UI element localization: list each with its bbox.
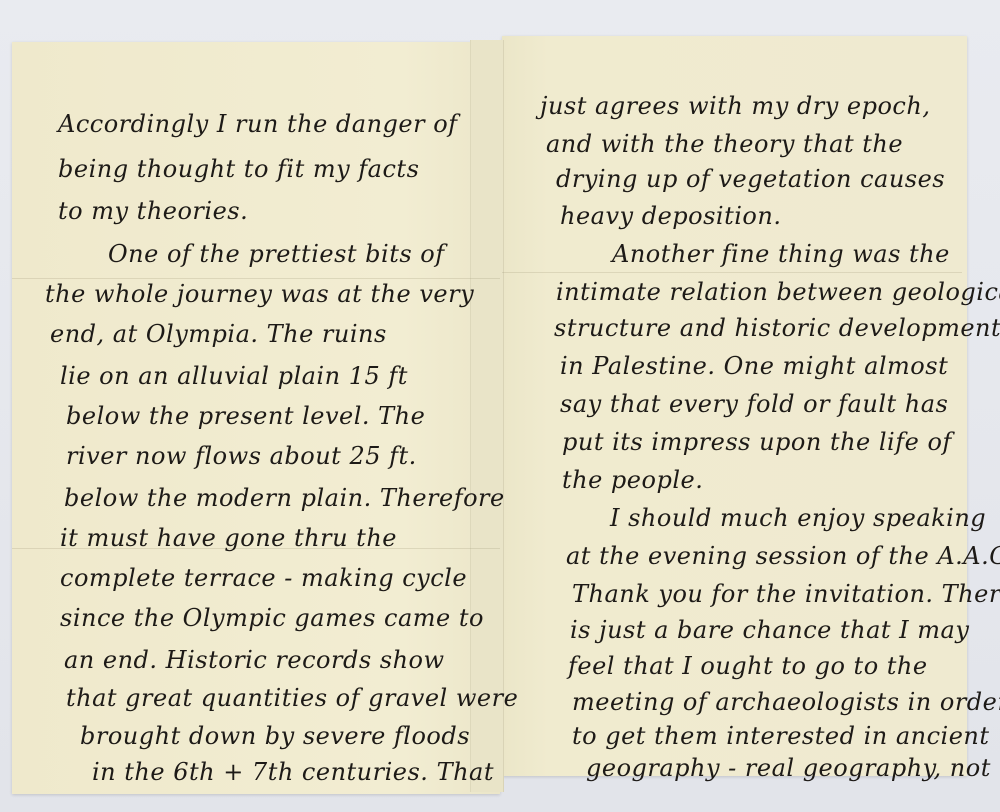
text-line: that great quantities of gravel were bbox=[66, 684, 518, 712]
text-line: drying up of vegetation causes bbox=[556, 165, 945, 193]
text-line: below the modern plain. Therefore bbox=[64, 484, 505, 512]
text-line: in the 6th + 7th centuries. That bbox=[92, 758, 494, 786]
text-line: Another fine thing was the bbox=[612, 240, 950, 268]
text-line: end, at Olympia. The ruins bbox=[50, 320, 387, 348]
text-line: lie on an alluvial plain 15 ft bbox=[60, 362, 408, 390]
text-line: One of the prettiest bits of bbox=[108, 240, 445, 268]
text-line: it must have gone thru the bbox=[60, 524, 397, 552]
text-line: geography - real geography, not bbox=[586, 754, 991, 782]
text-line: to my theories. bbox=[58, 197, 248, 225]
text-line: Accordingly I run the danger of bbox=[58, 110, 458, 138]
text-line: the people. bbox=[562, 466, 703, 494]
text-line: the whole journey was at the very bbox=[45, 280, 474, 308]
text-line: and with the theory that the bbox=[546, 130, 903, 158]
text-line: I should much enjoy speaking bbox=[610, 504, 986, 532]
text-line: structure and historic development bbox=[554, 314, 1000, 342]
text-line: feel that I ought to go to the bbox=[568, 652, 928, 680]
center-fold bbox=[470, 40, 504, 792]
text-line: heavy deposition. bbox=[560, 202, 781, 230]
text-line: being thought to fit my facts bbox=[58, 155, 419, 183]
paper-crease bbox=[12, 278, 500, 279]
text-line: below the present level. The bbox=[66, 402, 425, 430]
text-line: at the evening session of the A.A.G. bbox=[566, 542, 1000, 570]
text-line: intimate relation between geological bbox=[556, 278, 1000, 306]
text-line: since the Olympic games came to bbox=[60, 604, 484, 632]
paper-crease bbox=[502, 272, 962, 273]
text-line: to get them interested in ancient bbox=[572, 722, 990, 750]
text-line: is just a bare chance that I may bbox=[570, 616, 969, 644]
text-line: complete terrace - making cycle bbox=[60, 564, 467, 592]
text-line: river now flows about 25 ft. bbox=[66, 442, 417, 470]
text-line: Thank you for the invitation. There bbox=[572, 580, 1000, 608]
text-line: meeting of archaeologists in order bbox=[572, 688, 1000, 716]
text-line: an end. Historic records show bbox=[64, 646, 445, 674]
text-line: say that every fold or fault has bbox=[560, 390, 948, 418]
text-line: just agrees with my dry epoch, bbox=[540, 92, 930, 120]
text-line: put its impress upon the life of bbox=[562, 428, 952, 456]
text-line: brought down by severe floods bbox=[80, 722, 470, 750]
text-line: in Palestine. One might almost bbox=[560, 352, 948, 380]
